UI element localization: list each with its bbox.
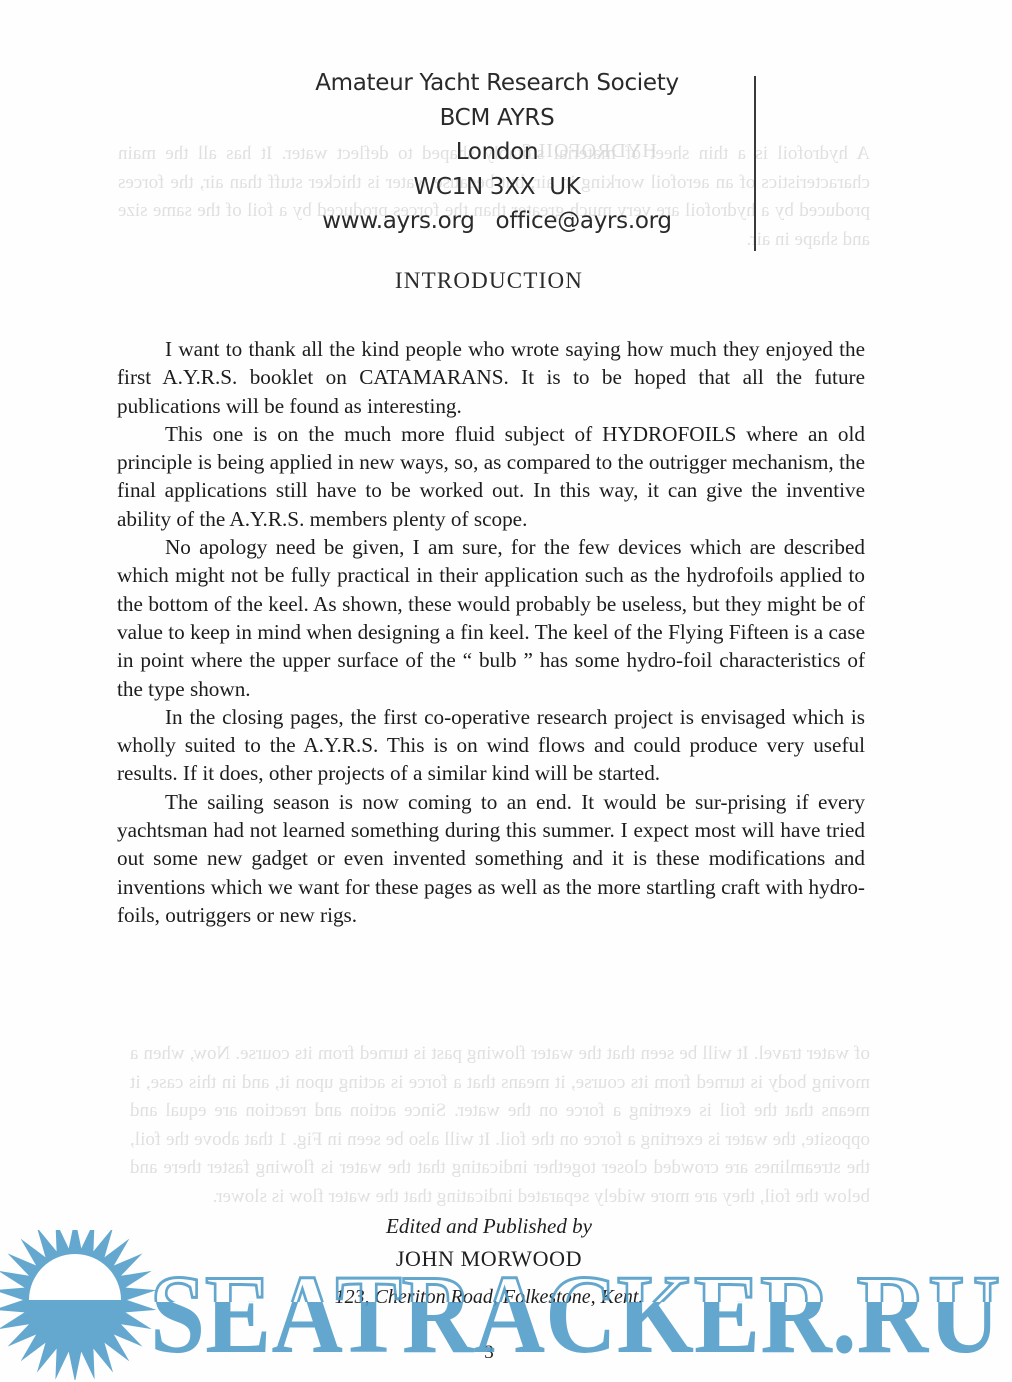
editor-name: JOHN MORWOOD — [0, 1246, 978, 1272]
page-number: 3 — [0, 1342, 978, 1364]
address-line-postcode: WC1N 3XX UK — [290, 170, 704, 205]
vertical-rule — [754, 76, 756, 251]
contact-web-email: www.ayrs.org office@ayrs.org — [290, 204, 704, 239]
page-title: INTRODUCTION — [0, 268, 978, 294]
editor-address: 123, Cheriton Road, Folkestone, Kent. — [0, 1286, 978, 1309]
paragraph: I want to thank all the kind people who … — [117, 335, 865, 420]
edited-by-label: Edited and Published by — [0, 1210, 978, 1242]
introduction-body: I want to thank all the kind people who … — [117, 335, 865, 929]
paragraph: The sailing season is now coming to an e… — [117, 788, 865, 929]
paragraph: No apology need be given, I am sure, for… — [117, 533, 865, 703]
document-page: HYDROFOILS A hydrofoil is a thin sheet o… — [0, 0, 1012, 1382]
society-address-block: Amateur Yacht Research Society BCM AYRS … — [290, 66, 704, 239]
society-name: Amateur Yacht Research Society — [290, 66, 704, 101]
paragraph: This one is on the much more fluid subje… — [117, 420, 865, 533]
bleed-through-text-bottom: of water travel. It will be seen that th… — [130, 1040, 870, 1211]
address-line-bcm: BCM AYRS — [290, 101, 704, 136]
paragraph: In the closing pages, the first co-opera… — [117, 703, 865, 788]
address-line-city: London — [290, 135, 704, 170]
